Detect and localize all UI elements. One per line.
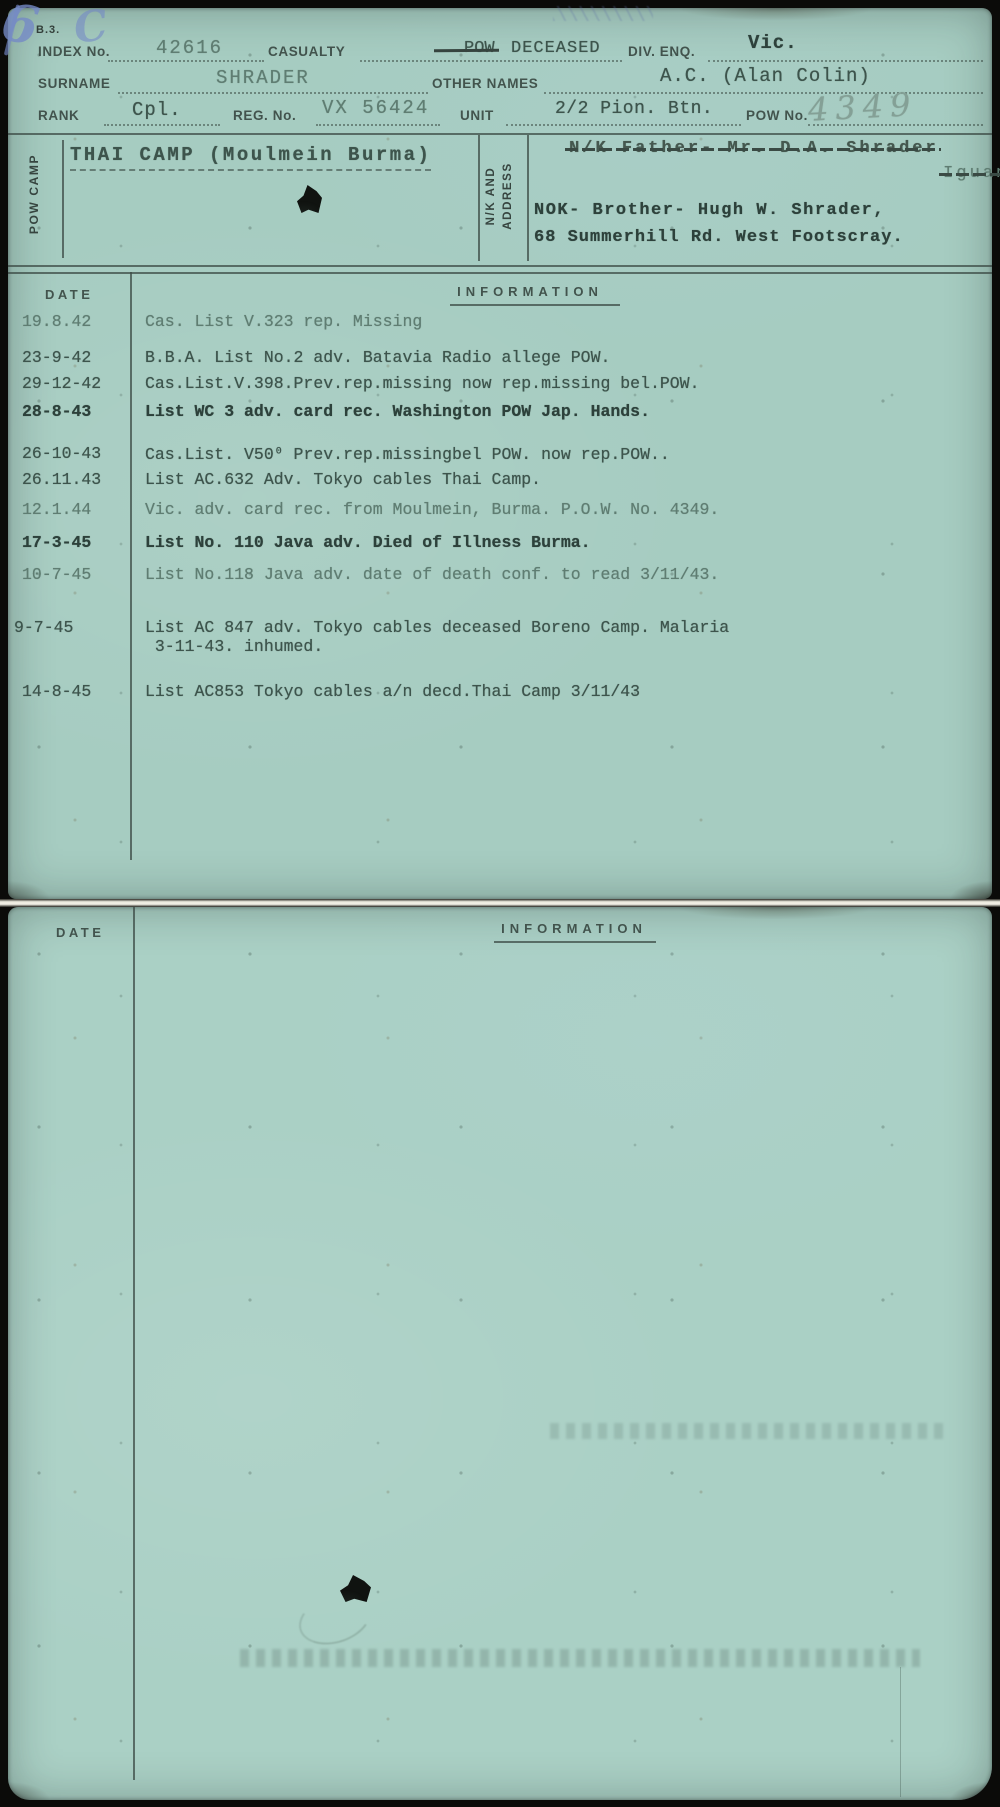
other-names-value: A.C. (Alan Colin) xyxy=(660,65,871,87)
row-info: List AC.632 Adv. Tokyo cables Thai Camp. xyxy=(131,470,992,489)
pencil-scribble xyxy=(553,6,653,21)
information-column-header: INFORMATION xyxy=(457,284,603,299)
table-row: 26-10-43 Cas.List. V50⁰ Prev.rep.missing… xyxy=(8,444,992,464)
row-date: 23-9-42 xyxy=(8,348,131,367)
div-enq-value: Vic. xyxy=(748,32,798,54)
dotted-rule xyxy=(360,60,622,62)
date-column-header: DATE xyxy=(45,287,93,302)
row-info: List AC853 Tokyo cables a/n decd.Thai Ca… xyxy=(131,682,992,701)
casualty-label: CASUALTY xyxy=(268,44,345,59)
reg-no-value: VX 56424 xyxy=(322,97,429,119)
pow-camp-label: POW CAMP xyxy=(27,154,41,234)
dotted-rule xyxy=(316,124,440,126)
dotted-rule xyxy=(108,60,264,62)
nk-struck-line2: Iguana Creek via Lindenow xyxy=(943,164,1000,183)
surname-label: SURNAME xyxy=(38,76,110,91)
row-date: 28-8-43 xyxy=(8,402,131,421)
table-row: 29-12-42 Cas.List.V.398.Prev.rep.missing… xyxy=(8,374,992,393)
row-info: List No. 110 Java adv. Died of Illness B… xyxy=(131,533,992,552)
table-row: 12.1.44 Vic. adv. card rec. from Moulmei… xyxy=(8,500,992,519)
table-row: 17-3-45 List No. 110 Java adv. Died of I… xyxy=(8,533,992,552)
date-column-rule xyxy=(133,907,135,1780)
vertical-rule xyxy=(527,135,529,261)
table-row: 26.11.43 List AC.632 Adv. Tokyo cables T… xyxy=(8,470,992,489)
nk-struck-line1: N/K Father- Mr. D.A. Shrader xyxy=(569,139,939,158)
row-date: 10-7-45 xyxy=(8,565,131,584)
row-date: 17-3-45 xyxy=(8,533,131,552)
vertical-rule xyxy=(62,140,64,258)
dotted-rule xyxy=(506,124,741,126)
table-row: 14-8-45 List AC853 Tokyo cables a/n decd… xyxy=(8,682,992,701)
card-gap xyxy=(0,899,1000,907)
hole-punch xyxy=(297,185,322,213)
row-info: Cas.List. V50⁰ Prev.rep.missingbel POW. … xyxy=(131,444,992,464)
faded-smudge xyxy=(240,1649,920,1667)
row-info: List WC 3 adv. card rec. Washington POW … xyxy=(131,402,992,421)
casualty-struck-value: POW xyxy=(464,39,495,58)
nk-line2: 68 Summerhill Rd. West Footscray. xyxy=(534,228,904,247)
form-code: B.3. xyxy=(36,24,60,36)
row-info: List No.118 Java adv. date of death conf… xyxy=(131,565,992,584)
pow-record-card-back: DATE INFORMATION xyxy=(8,907,992,1800)
table-row: 10-7-45 List No.118 Java adv. date of de… xyxy=(8,565,992,584)
pow-record-card-front: B.3. 6 C INDEX No. 42616 CASUALTY POW DE… xyxy=(8,8,992,899)
pow-camp-value: THAI CAMP (Moulmein Burma) xyxy=(70,144,431,171)
row-date: 9-7-45 xyxy=(8,618,131,656)
index-no-label: INDEX No. xyxy=(38,44,110,59)
date-column-header: DATE xyxy=(56,925,104,940)
pow-no-label: POW No. xyxy=(746,108,808,123)
other-names-label: OTHER NAMES xyxy=(432,76,538,91)
pow-no-handwritten-value: 4349 xyxy=(807,85,918,129)
row-info: Vic. adv. card rec. from Moulmein, Burma… xyxy=(131,500,992,519)
table-row: 23-9-42 B.B.A. List No.2 adv. Batavia Ra… xyxy=(8,348,992,367)
casualty-value: DECEASED xyxy=(511,39,601,58)
unit-value: 2/2 Pion. Btn. xyxy=(555,99,713,119)
table-row: 19.8.42 Cas. List V.323 rep. Missing xyxy=(8,312,992,331)
rank-label: RANK xyxy=(38,108,79,123)
blue-pencil-mark: 6 xyxy=(0,0,43,58)
row-date: 19.8.42 xyxy=(8,312,131,331)
table-top-rule xyxy=(8,265,992,267)
paper-crease xyxy=(900,1667,901,1797)
row-info: Cas. List V.323 rep. Missing xyxy=(131,312,992,331)
section-divider xyxy=(8,133,992,135)
nk-label-line1: N/K AND xyxy=(485,167,497,226)
row-date: 29-12-42 xyxy=(8,374,131,393)
dotted-rule xyxy=(104,124,220,126)
unit-label: UNIT xyxy=(460,108,494,123)
faded-smudge xyxy=(550,1423,950,1439)
row-info: Cas.List.V.398.Prev.rep.missing now rep.… xyxy=(131,374,992,393)
nk-label-line2: ADDRESS xyxy=(502,162,514,229)
row-info: B.B.A. List No.2 adv. Batavia Radio alle… xyxy=(131,348,992,367)
rank-value: Cpl. xyxy=(132,99,182,121)
row-date: 26-10-43 xyxy=(8,444,131,464)
surname-value: SHRADER xyxy=(216,67,310,89)
nk-line1: NOK- Brother- Hugh W. Shrader, xyxy=(534,201,885,220)
information-header-underline xyxy=(450,304,620,306)
row-info: List AC 847 adv. Tokyo cables deceased B… xyxy=(131,618,992,656)
dotted-rule xyxy=(118,92,428,94)
div-enq-label: DIV. ENQ. xyxy=(628,44,695,59)
row-date: 26.11.43 xyxy=(8,470,131,489)
table-row: 28-8-43 List WC 3 adv. card rec. Washing… xyxy=(8,402,992,421)
information-column-header: INFORMATION xyxy=(501,921,647,936)
row-date: 12.1.44 xyxy=(8,500,131,519)
dotted-rule xyxy=(708,60,983,62)
table-row: 9-7-45 List AC 847 adv. Tokyo cables dec… xyxy=(8,618,992,656)
dotted-rule xyxy=(544,92,983,94)
vertical-rule xyxy=(478,135,480,261)
row-date: 14-8-45 xyxy=(8,682,131,701)
index-no-value: 42616 xyxy=(156,37,223,59)
reg-no-label: REG. No. xyxy=(233,108,296,123)
information-header-underline xyxy=(494,941,656,943)
table-top-rule xyxy=(8,272,992,274)
